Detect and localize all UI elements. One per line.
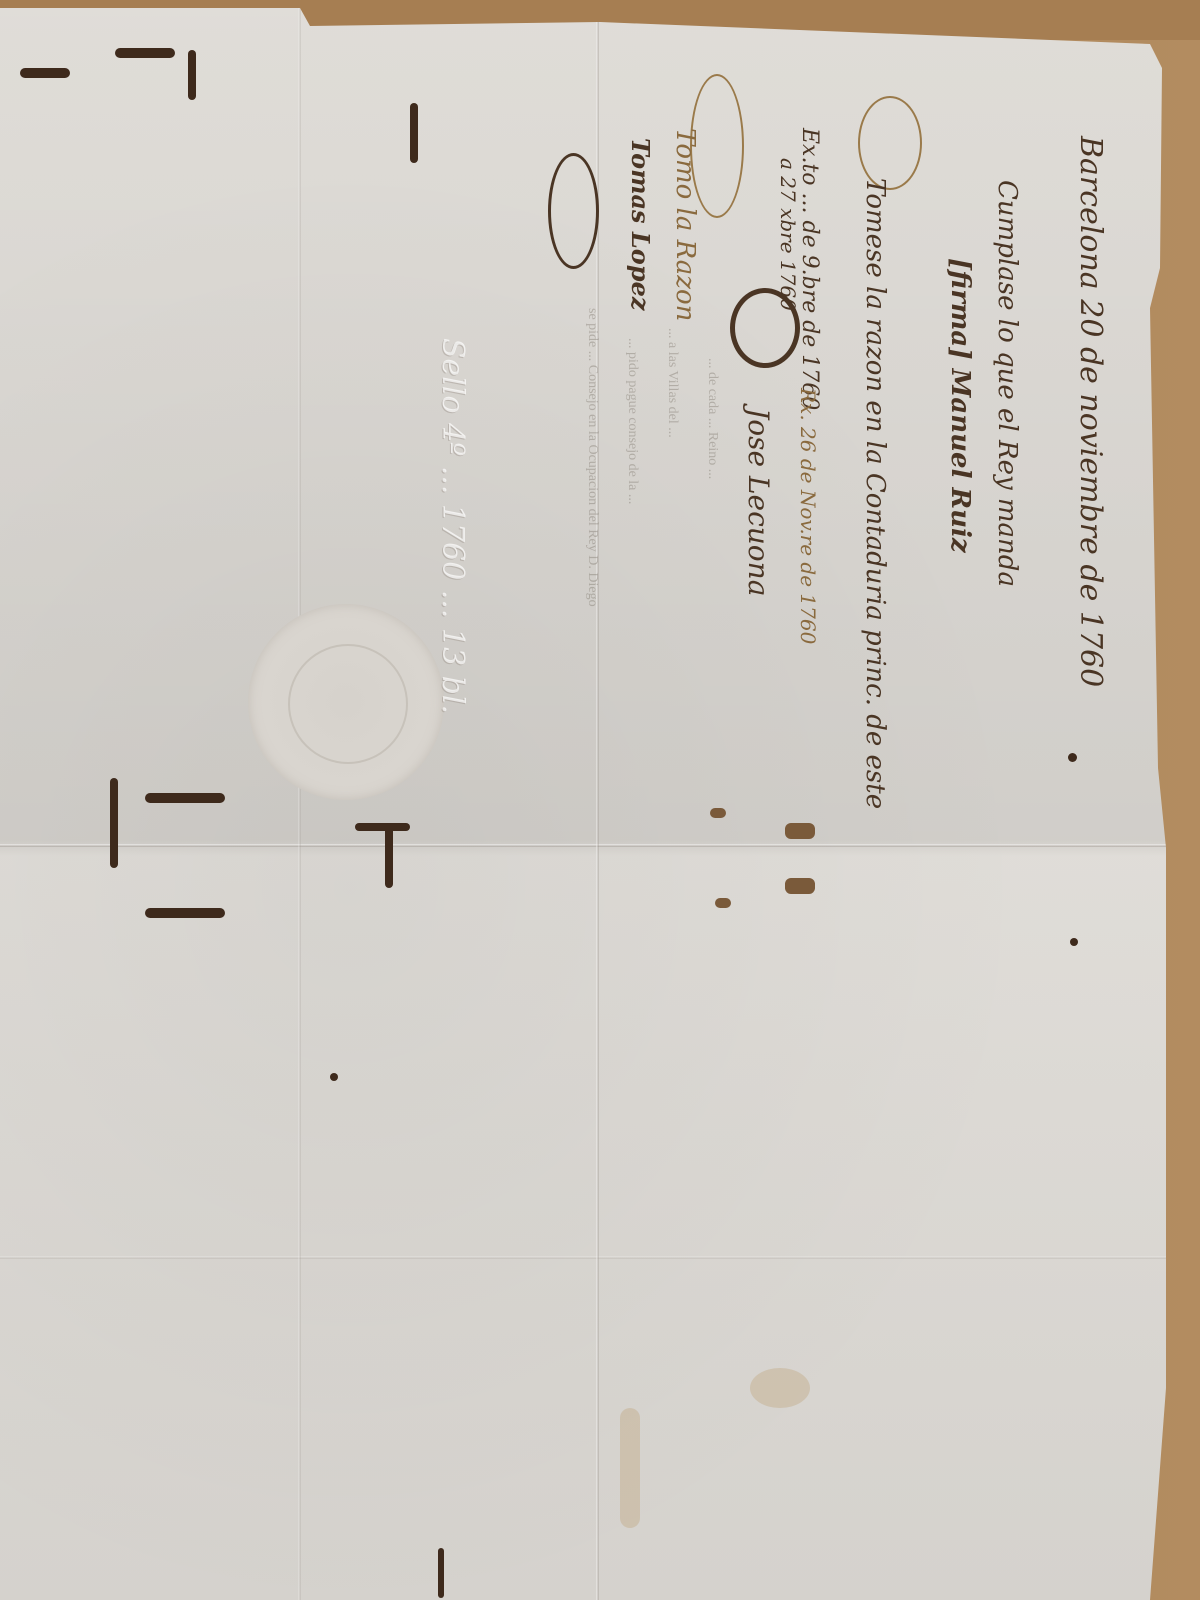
wormhole [145,908,225,918]
manuscript-signature: [firma] Manuel Ruiz [945,258,975,553]
manuscript-line-date-xbre: a 27 xbre 1760 [776,158,800,311]
manuscript-signature-lecuona: Jose Lecuona [742,408,775,596]
dry-seal [248,604,444,800]
manuscript-line-contaduria: Tomese la razon en la Contaduria princ. … [860,178,890,809]
wormhole [145,793,225,803]
embossed-stamp: Sello 4º ... 1760 ... 13 bl. [435,338,470,714]
fold-line-horizontal-lower [0,1256,1166,1259]
wormhole [115,48,175,58]
printed-text: ... pido pague consejo de la ... [624,338,640,504]
fold-line-horizontal [0,844,1166,847]
manuscript-line-tomo-razon: Tomo la Razon [670,128,700,321]
wormhole [20,68,70,78]
wormhole [410,103,418,163]
wormhole [438,1548,444,1598]
printed-text: ... a las Villas del ... [664,328,680,438]
manuscript-signature-lopez: Tomas Lopez [626,138,655,311]
ink-dot [330,1073,338,1081]
manuscript-line-place-date: Barcelona 20 de noviembre de 1760 [1073,136,1108,687]
manuscript-line-rx: Rx. 26 de Nov.re de 1760 [796,388,820,644]
manuscript-line-registro: Ex.to ... de 9.bre de 1760 [797,128,822,410]
fold-line-vertical-center [596,8,599,1600]
wormhole [715,898,731,908]
wormhole [785,823,815,839]
printed-text: ... de cada ... Reino ... [704,358,720,479]
wormhole [710,808,726,818]
stain [750,1368,810,1408]
seal-ring [288,644,408,764]
stain [620,1408,640,1528]
wormhole [385,823,393,888]
rubric-flourish [548,153,599,269]
wormhole [110,778,118,868]
wormhole [785,878,815,894]
wormhole [355,823,410,831]
fold-line-vertical-left [298,8,301,1600]
manuscript-sheet: se pide ... Consejo en la Ocupacion del … [0,8,1166,1600]
wormhole [188,50,196,100]
manuscript-line-order: Cumplase lo que el Rey manda [992,180,1022,587]
ink-dot [1068,753,1077,762]
printed-text: se pide ... Consejo en la Ocupacion del … [584,308,600,607]
ink-dot [1070,938,1078,946]
initial-flourish-c [858,96,922,190]
